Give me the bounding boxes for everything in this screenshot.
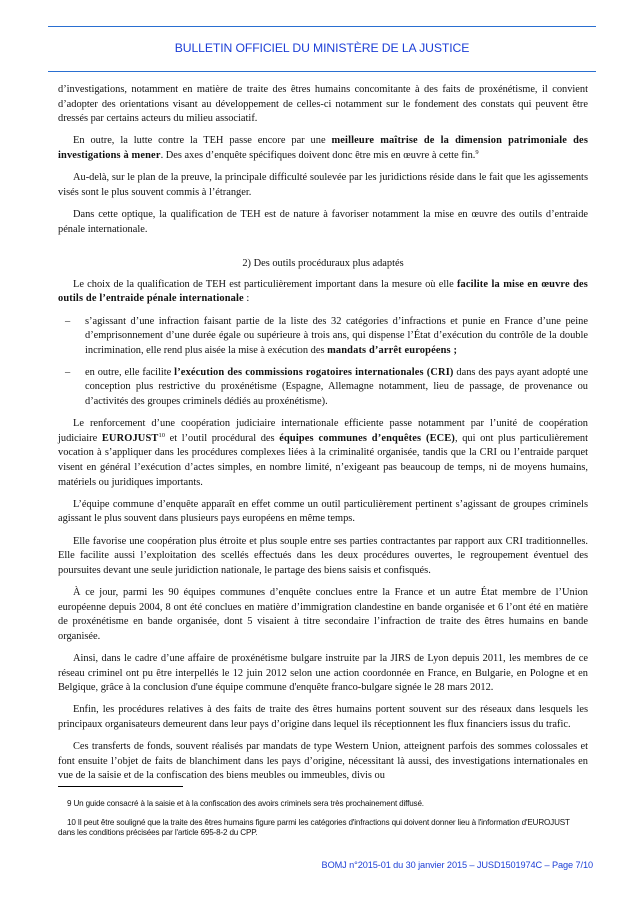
paragraph-statistiques: À ce jour, parmi les 90 équipes communes… (58, 586, 588, 644)
header-rule-bottom (48, 71, 596, 72)
header-rule-top (48, 26, 596, 27)
paragraph-patrimonial: En outre, la lutte contre la TEH passe e… (58, 134, 588, 163)
section-heading: 2) Des outils procéduraux plus adaptés (58, 257, 588, 272)
text-run: en outre, elle facilite (85, 367, 174, 378)
page-footer: BOMJ n°2015-01 du 30 janvier 2015 – JUSD… (322, 860, 593, 870)
text-run: : (244, 293, 250, 304)
paragraph-transferts: Ces transferts de fonds, souvent réalisé… (58, 740, 588, 784)
list-item-cri: –en outre, elle facilite l’exécution des… (58, 366, 588, 410)
paragraph-preuve: Au-delà, sur le plan de la preuve, la pr… (58, 171, 588, 200)
bold-emphasis: mandats d’arrêt européens ; (327, 345, 457, 356)
list-item-mandats: –s’agissant d’une infraction faisant par… (58, 315, 588, 359)
paragraph-eurojust: Le renforcement d’une coopération judici… (58, 417, 588, 490)
bulletin-title: BULLETIN OFFICIEL DU MINISTÈRE DE LA JUS… (48, 41, 596, 55)
bold-emphasis: EUROJUST (102, 433, 159, 444)
paragraph-cooperation: Elle favorise une coopération plus étroi… (58, 535, 588, 579)
text-run: Le choix de la qualification de TEH est … (73, 279, 457, 290)
footnotes: 9 Un guide consacré à la saisie et à la … (58, 799, 588, 847)
footnote-10: 10 Il peut être souligné que la traite d… (58, 818, 588, 839)
bold-emphasis: équipes communes d’enquêtes (ECE) (279, 433, 455, 444)
dash-bullet-icon: – (65, 315, 70, 330)
paragraph-affaire-bulgare: Ainsi, dans le cadre d’une affaire de pr… (58, 652, 588, 696)
text-run: . Des axes d’enquête spécifiques doivent… (161, 150, 476, 161)
dash-list: –s’agissant d’une infraction faisant par… (58, 315, 588, 410)
paragraph-choix-qualification: Le choix de la qualification de TEH est … (58, 278, 588, 307)
bold-emphasis: l’exécution des commissions rogatoires i… (174, 367, 453, 378)
text-run: En outre, la lutte contre la TEH passe e… (73, 135, 331, 146)
paragraph-continued: d’investigations, notamment en matière d… (58, 83, 588, 127)
footnote-separator (58, 786, 183, 787)
text-run: et l’outil procédural des (165, 433, 279, 444)
dash-bullet-icon: – (65, 366, 70, 381)
footnote-9: 9 Un guide consacré à la saisie et à la … (58, 799, 588, 810)
paragraph-optique: Dans cette optique, la qualification de … (58, 208, 588, 237)
paragraph-reseaux: Enfin, les procédures relatives à des fa… (58, 703, 588, 732)
footnote-ref-9[interactable]: 9 (475, 149, 478, 156)
paragraph-equipe-commune: L’équipe commune d’enquête apparaît en e… (58, 498, 588, 527)
document-body: d’investigations, notamment en matière d… (58, 83, 588, 791)
